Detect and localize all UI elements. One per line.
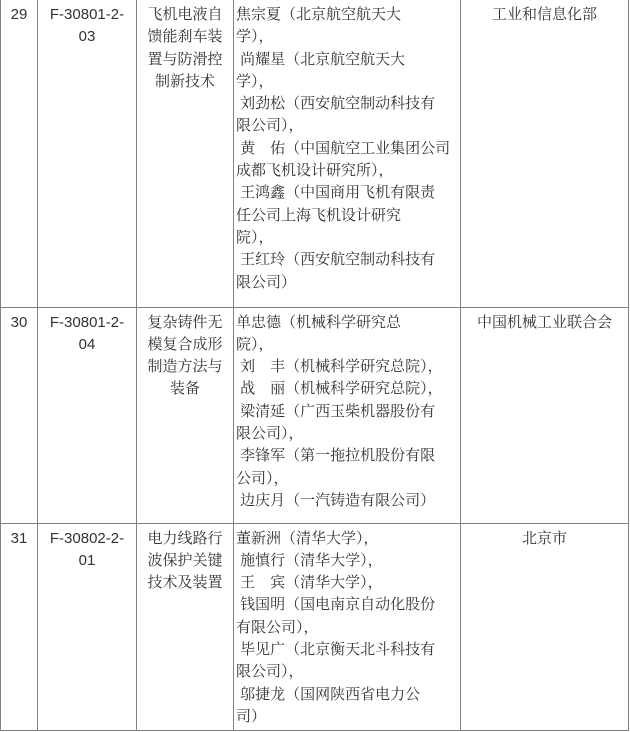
project-name: 复杂铸件无 模复合成形 制造方法与 装备	[147, 312, 222, 401]
awardee-entry: 毕见广（北京衡天北斗科技有 限公司），	[236, 639, 458, 684]
awardee-entry: 战 丽（机械科学研究总院），	[236, 378, 458, 400]
nominator: 中国机械工业联合会	[463, 312, 626, 334]
awardee-entry: 单忠德（机械科学研究总 院），	[236, 312, 458, 357]
nominator-cell: 中国机械工业联合会	[461, 307, 629, 523]
project-name: 飞机电液自 馈能刹车装 置与防滑控 制新技术	[147, 4, 222, 93]
awardees-cell: 董新洲（清华大学）， 施慎行（清华大学）， 王 宾（清华大学）， 钱国明（国电南…	[234, 523, 461, 730]
nominator: 北京市	[463, 528, 626, 550]
row-number-cell: 29	[1, 0, 38, 307]
table-row: 29 F-30801-2- 03 飞机电液自 馈能刹车装 置与防滑控 制新技术 …	[1, 0, 629, 307]
awardee-entry: 董新洲（清华大学），	[236, 528, 458, 550]
awardee-entry: 尚耀星（北京航空航天大 学），	[236, 49, 458, 94]
nominator-cell: 北京市	[461, 523, 629, 730]
row-number-cell: 30	[1, 307, 38, 523]
award-table: 29 F-30801-2- 03 飞机电液自 馈能刹车装 置与防滑控 制新技术 …	[0, 0, 629, 731]
project-code-cell: F-30801-2- 03	[38, 0, 137, 307]
awardee-entry: 王鸿鑫（中国商用飞机有限责 任公司上海飞机设计研究 院），	[236, 182, 458, 249]
project-name-cell: 复杂铸件无 模复合成形 制造方法与 装备	[137, 307, 234, 523]
project-code: F-30801-2- 04	[40, 312, 134, 357]
awardee-entry: 刘 丰（机械科学研究总院），	[236, 356, 458, 378]
nominator: 工业和信息化部	[463, 4, 626, 26]
awardee-entry: 焦宗夏（北京航空航天大 学），	[236, 4, 458, 49]
row-number-cell: 31	[1, 523, 38, 730]
project-code-cell: F-30801-2- 04	[38, 307, 137, 523]
project-name-cell: 飞机电液自 馈能刹车装 置与防滑控 制新技术	[137, 0, 234, 307]
project-code: F-30801-2- 03	[40, 4, 134, 49]
project-code-cell: F-30802-2- 01	[38, 523, 137, 730]
awardees-cell: 单忠德（机械科学研究总 院）， 刘 丰（机械科学研究总院）， 战 丽（机械科学研…	[234, 307, 461, 523]
row-number: 29	[3, 4, 35, 26]
awardees-cell: 焦宗夏（北京航空航天大 学）， 尚耀星（北京航空航天大 学）， 刘劲松（西安航空…	[234, 0, 461, 307]
awardee-entry: 李锋军（第一拖拉机股份有限 公司），	[236, 445, 458, 490]
awardee-entry: 边庆月（一汽铸造有限公司）	[236, 490, 458, 512]
project-name: 电力线路行 波保护关键 技术及装置	[147, 528, 222, 595]
awardee-entry: 刘劲松（西安航空制动科技有 限公司），	[236, 93, 458, 138]
awardee-entry: 梁清延（广西玉柴机器股份有 限公司），	[236, 401, 458, 446]
awardee-entry: 邬捷龙（国网陕西省电力公 司）	[236, 684, 458, 729]
awardee-entry: 施慎行（清华大学），	[236, 550, 458, 572]
awardee-entry: 钱国明（国电南京自动化股份 有限公司），	[236, 594, 458, 639]
project-code: F-30802-2- 01	[40, 528, 134, 573]
nominator-cell: 工业和信息化部	[461, 0, 629, 307]
awardee-entry: 王 宾（清华大学），	[236, 572, 458, 594]
row-number: 31	[3, 528, 35, 550]
table-row: 31 F-30802-2- 01 电力线路行 波保护关键 技术及装置 董新洲（清…	[1, 523, 629, 730]
project-name-cell: 电力线路行 波保护关键 技术及装置	[137, 523, 234, 730]
awardee-entry: 黄 佑（中国航空工业集团公司 成都飞机设计研究所），	[236, 138, 458, 183]
awardee-entry: 王红玲（西安航空制动科技有 限公司）	[236, 249, 458, 294]
row-number: 30	[3, 312, 35, 334]
document-page: 29 F-30801-2- 03 飞机电液自 馈能刹车装 置与防滑控 制新技术 …	[0, 0, 630, 732]
table-row: 30 F-30801-2- 04 复杂铸件无 模复合成形 制造方法与 装备 单忠…	[1, 307, 629, 523]
